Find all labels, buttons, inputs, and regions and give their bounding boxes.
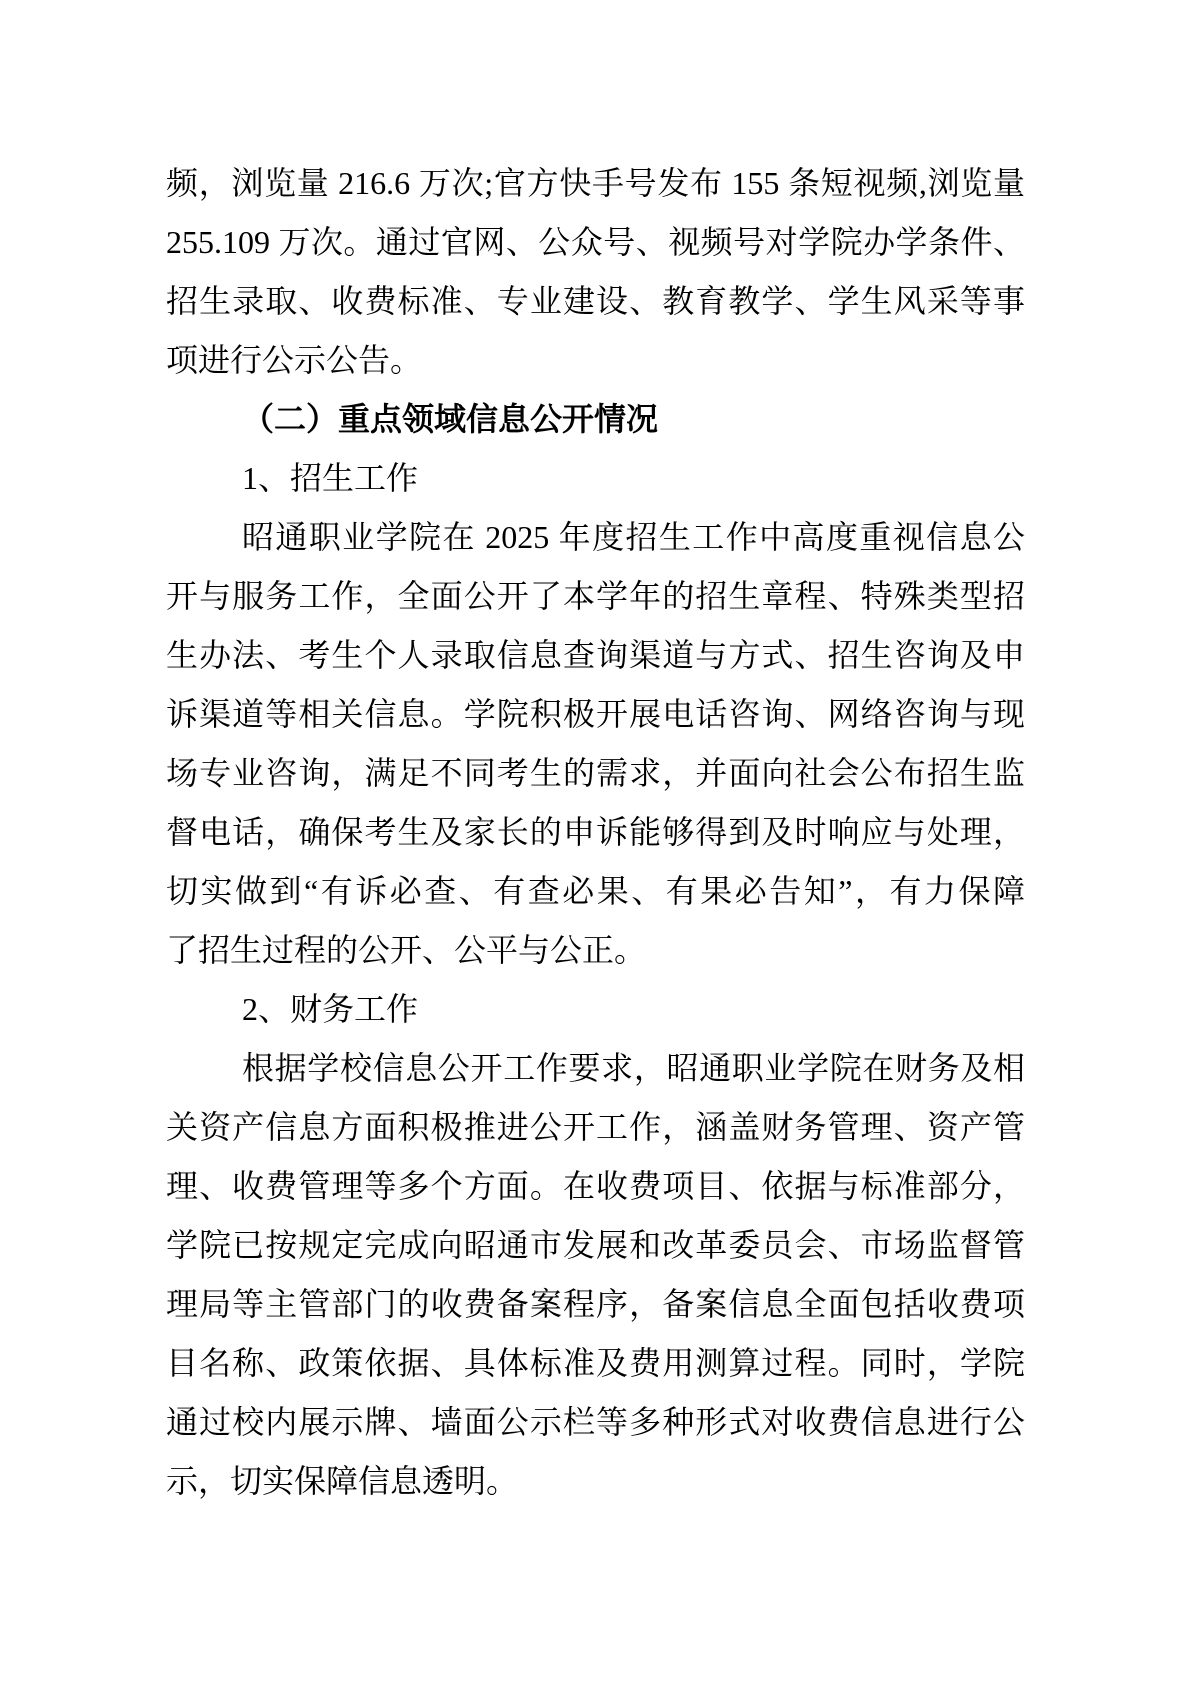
text-line: 昭通职业学院在 2025 年度招生工作中高度重视信息公: [166, 508, 1025, 567]
text-line: 示，切实保障信息透明。: [166, 1452, 1025, 1511]
text-line: 生办法、考生个人录取信息查询渠道与方式、招生咨询及申: [166, 626, 1025, 685]
text-line: 频，浏览量 216.6 万次;官方快手号发布 155 条短视频,浏览量: [166, 154, 1025, 213]
text-line: 项进行公示公告。: [166, 331, 1025, 390]
text-line: 通过校内展示牌、墙面公示栏等多种形式对收费信息进行公: [166, 1393, 1025, 1452]
text-line: 切实做到“有诉必查、有查必果、有果必告知”，有力保障: [166, 862, 1025, 921]
text-line: 根据学校信息公开工作要求，昭通职业学院在财务及相: [166, 1039, 1025, 1098]
text-line: 了招生过程的公开、公平与公正。: [166, 921, 1025, 980]
subsection-heading-admissions: 1、招生工作: [166, 449, 1025, 508]
text-line: 理局等主管部门的收费备案程序，备案信息全面包括收费项: [166, 1275, 1025, 1334]
document-content: 频，浏览量 216.6 万次;官方快手号发布 155 条短视频,浏览量 255.…: [166, 154, 1025, 1511]
text-line: 目名称、政策依据、具体标准及费用测算过程。同时，学院: [166, 1334, 1025, 1393]
text-line: 开与服务工作，全面公开了本学年的招生章程、特殊类型招: [166, 567, 1025, 626]
text-line: 场专业咨询，满足不同考生的需求，并面向社会公布招生监: [166, 744, 1025, 803]
text-line: 理、收费管理等多个方面。在收费项目、依据与标准部分，: [166, 1157, 1025, 1216]
text-line: 诉渠道等相关信息。学院积极开展电话咨询、网络咨询与现: [166, 685, 1025, 744]
document-page: 频，浏览量 216.6 万次;官方快手号发布 155 条短视频,浏览量 255.…: [0, 0, 1191, 1684]
section-heading: （二）重点领域信息公开情况: [166, 390, 1025, 449]
subsection-heading-finance: 2、财务工作: [166, 980, 1025, 1039]
text-line: 学院已按规定完成向昭通市发展和改革委员会、市场监督管: [166, 1216, 1025, 1275]
text-line: 关资产信息方面积极推进公开工作，涵盖财务管理、资产管: [166, 1098, 1025, 1157]
text-line: 督电话，确保考生及家长的申诉能够得到及时响应与处理，: [166, 803, 1025, 862]
text-line: 255.109 万次。通过官网、公众号、视频号对学院办学条件、: [166, 213, 1025, 272]
text-line: 招生录取、收费标准、专业建设、教育教学、学生风采等事: [166, 272, 1025, 331]
